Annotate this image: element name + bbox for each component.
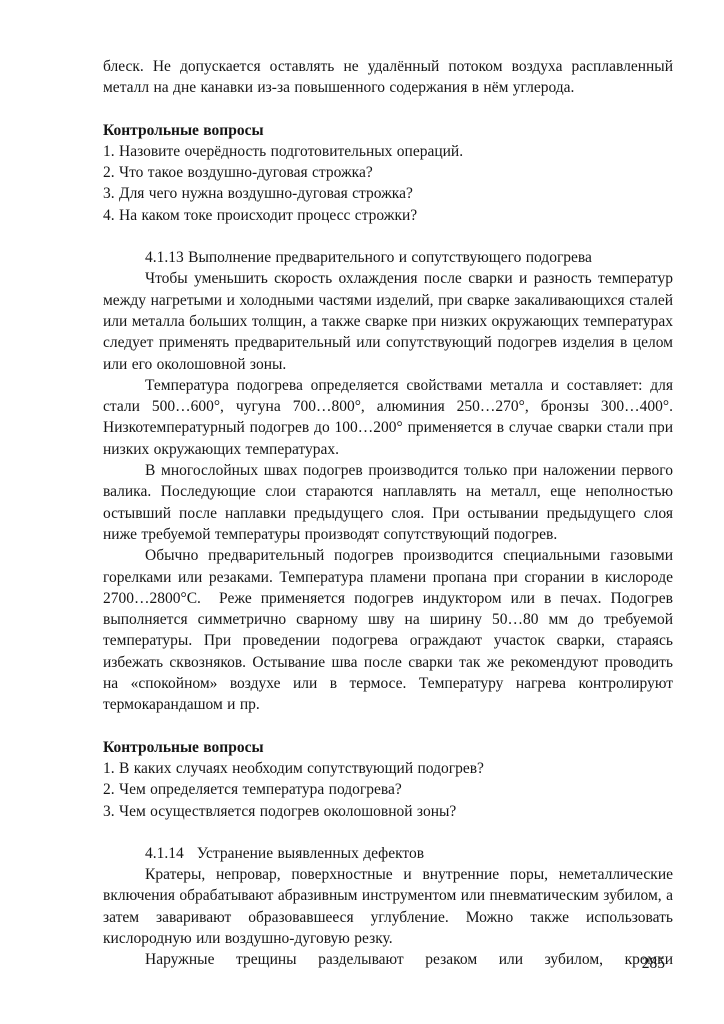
questions-heading-1: Контрольные вопросы [103, 120, 673, 141]
question-item: 2. Чем определяется температура подогрев… [103, 779, 673, 800]
body-paragraph: Температура подогрева определяется свойс… [103, 375, 673, 460]
body-paragraph: Обычно предварительный подогрев производ… [103, 545, 673, 715]
question-item: 2. Что такое воздушно-дуговая строжка? [103, 162, 673, 183]
body-paragraph-open: Наружные трещины разделывают резаком или… [103, 949, 673, 970]
question-item: 1. В каких случаях необходим сопутствующ… [103, 758, 673, 779]
body-paragraph: Кратеры, непровар, поверхностные и внутр… [103, 864, 673, 949]
questions-heading-2: Контрольные вопросы [103, 737, 673, 758]
question-item: 3. Чем осуществляется подогрев околошовн… [103, 801, 673, 822]
question-item: 4. На каком токе происходит процесс стро… [103, 205, 673, 226]
body-paragraph: Чтобы уменьшить скорость охлаждения посл… [103, 268, 673, 374]
page-number: 285 [642, 953, 665, 974]
document-page: блеск. Не допускается оставлять не удалё… [0, 0, 724, 1024]
question-item: 3. Для чего нужна воздушно-дуговая строж… [103, 183, 673, 204]
section-heading-4-1-14: 4.1.14 Устранение выявленных дефектов [103, 843, 673, 864]
section-heading-4-1-13: 4.1.13 Выполнение предварительного и соп… [103, 247, 673, 268]
body-paragraph: В многослойных швах подогрев производитс… [103, 460, 673, 545]
paragraph-continuation: блеск. Не допускается оставлять не удалё… [103, 56, 673, 99]
question-item: 1. Назовите очерёдность подготовительных… [103, 141, 673, 162]
